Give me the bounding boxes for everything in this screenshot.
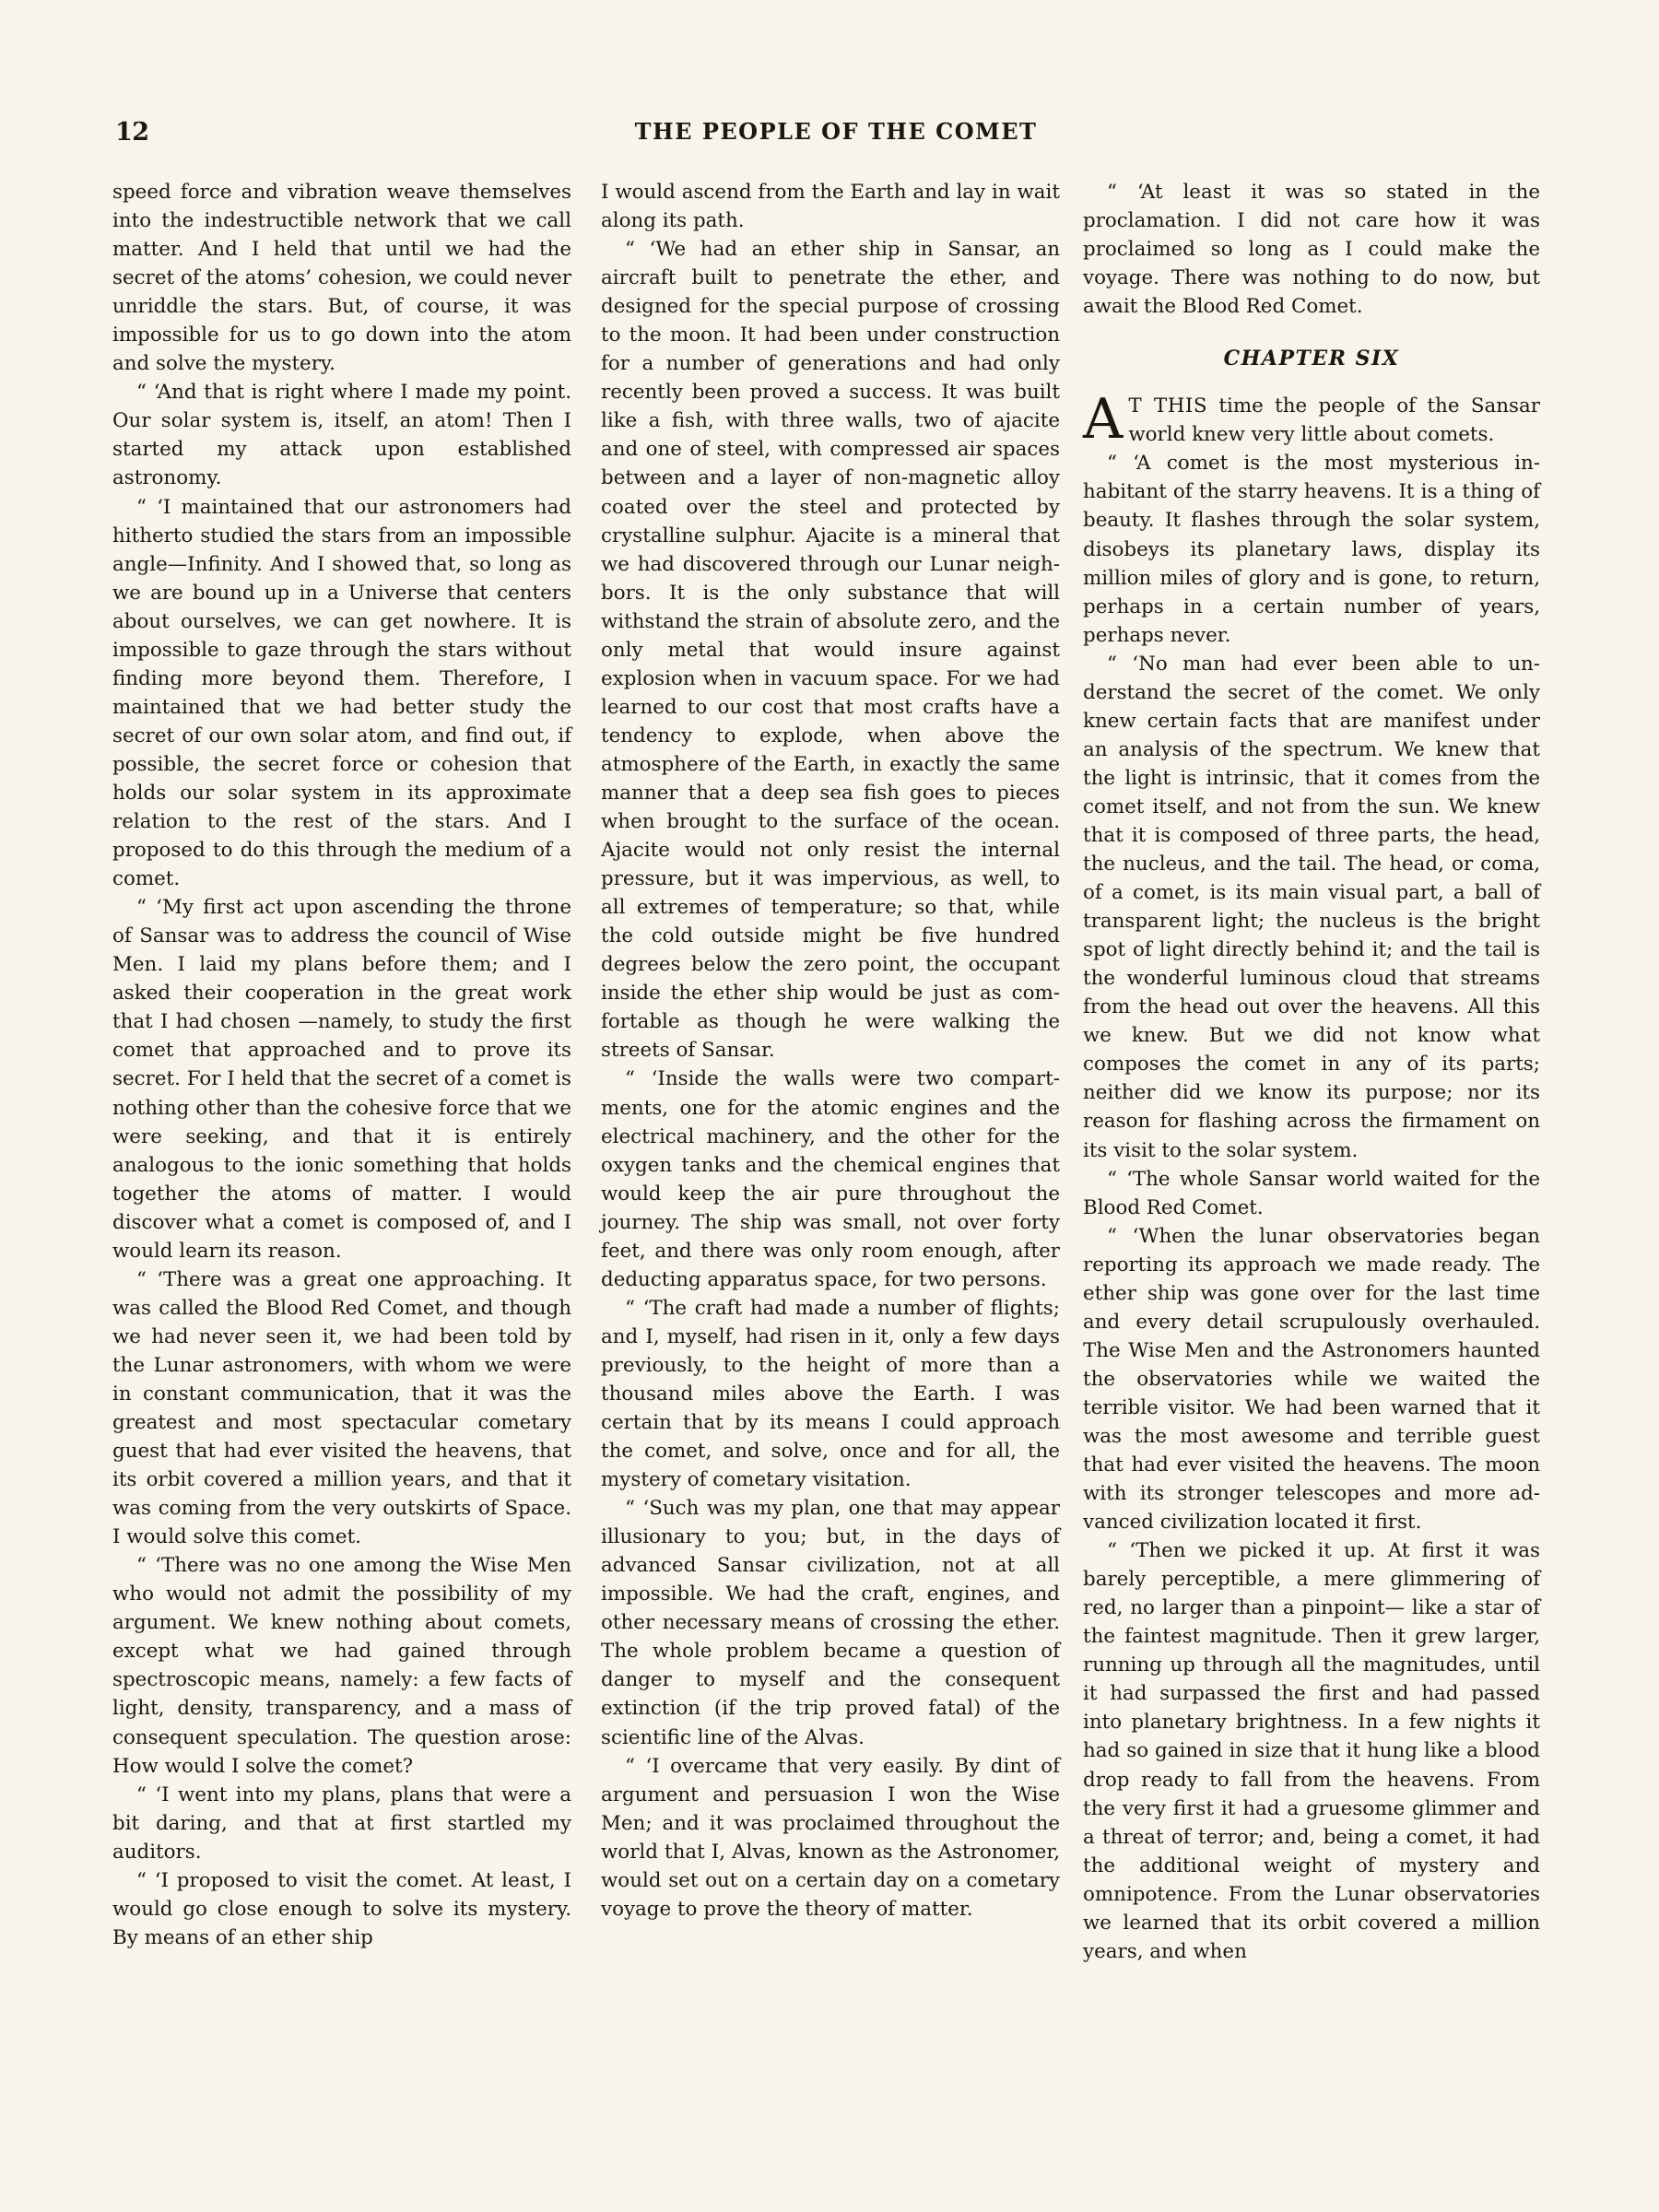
paragraph: “ ‘Such was my plan, one that may ap­pea…: [601, 1494, 1060, 1751]
running-head: 12 THE PEOPLE OF THE COMET: [112, 118, 1539, 155]
paragraph: I would ascend from the Earth and lay in…: [601, 178, 1060, 235]
paragraph: “ ‘The craft had made a number of flight…: [601, 1294, 1060, 1494]
paragraph: “ ‘I proposed to visit the comet. At lea…: [112, 1866, 571, 1952]
paragraph: “ ‘Then we picked it up. At first it was…: [1083, 1536, 1540, 1966]
text-columns: speed force and vibration weave them­sel…: [112, 178, 1539, 2095]
chapter-heading: CHAPTER SIX: [1083, 345, 1540, 373]
paragraph: “ ‘I went into my plans, plans that were…: [112, 1781, 571, 1866]
paragraph: “ ‘And that is right where I made my poi…: [112, 378, 571, 492]
chapter-opening-paragraph: AT THIS time the people of the San­sar w…: [1083, 392, 1540, 449]
paragraph: “ ‘A comet is the most mysterious in­hab…: [1083, 449, 1540, 649]
paragraph: speed force and vibration weave them­sel…: [112, 178, 571, 378]
running-title: THE PEOPLE OF THE COMET: [112, 118, 1539, 145]
paragraph: “ ‘We had an ether ship in Sansar, an ai…: [601, 235, 1060, 1065]
lead-caps: T THIS: [1128, 394, 1207, 418]
paragraph: “ ‘I overcame that very easily. By dint …: [601, 1752, 1060, 1924]
paragraph: “ ‘No man had ever been able to un­derst…: [1083, 650, 1540, 1165]
column-3: “ ‘At least it was so stated in the proc…: [1083, 178, 1540, 2095]
paragraph: “ ‘There was a great one approaching. It…: [112, 1265, 571, 1551]
paragraph: “ ‘When the lunar observatories be­gan r…: [1083, 1222, 1540, 1537]
paragraph: “ ‘My first act upon ascending the thron…: [112, 893, 571, 1265]
paragraph: “ ‘I maintained that our astronomers had…: [112, 493, 571, 894]
paragraph: “ ‘There was no one among the Wise Men w…: [112, 1551, 571, 1780]
paragraph: “ ‘Inside the walls were two compart­men…: [601, 1065, 1060, 1293]
magazine-page: 12 THE PEOPLE OF THE COMET speed force a…: [0, 0, 1659, 2212]
column-2: I would ascend from the Earth and lay in…: [601, 178, 1060, 2095]
paragraph: “ ‘The whole Sansar world waited for the…: [1083, 1165, 1540, 1222]
drop-cap: A: [1083, 395, 1123, 443]
paragraph: “ ‘At least it was so stated in the proc…: [1083, 178, 1540, 321]
column-1: speed force and vibration weave them­sel…: [112, 178, 571, 2095]
